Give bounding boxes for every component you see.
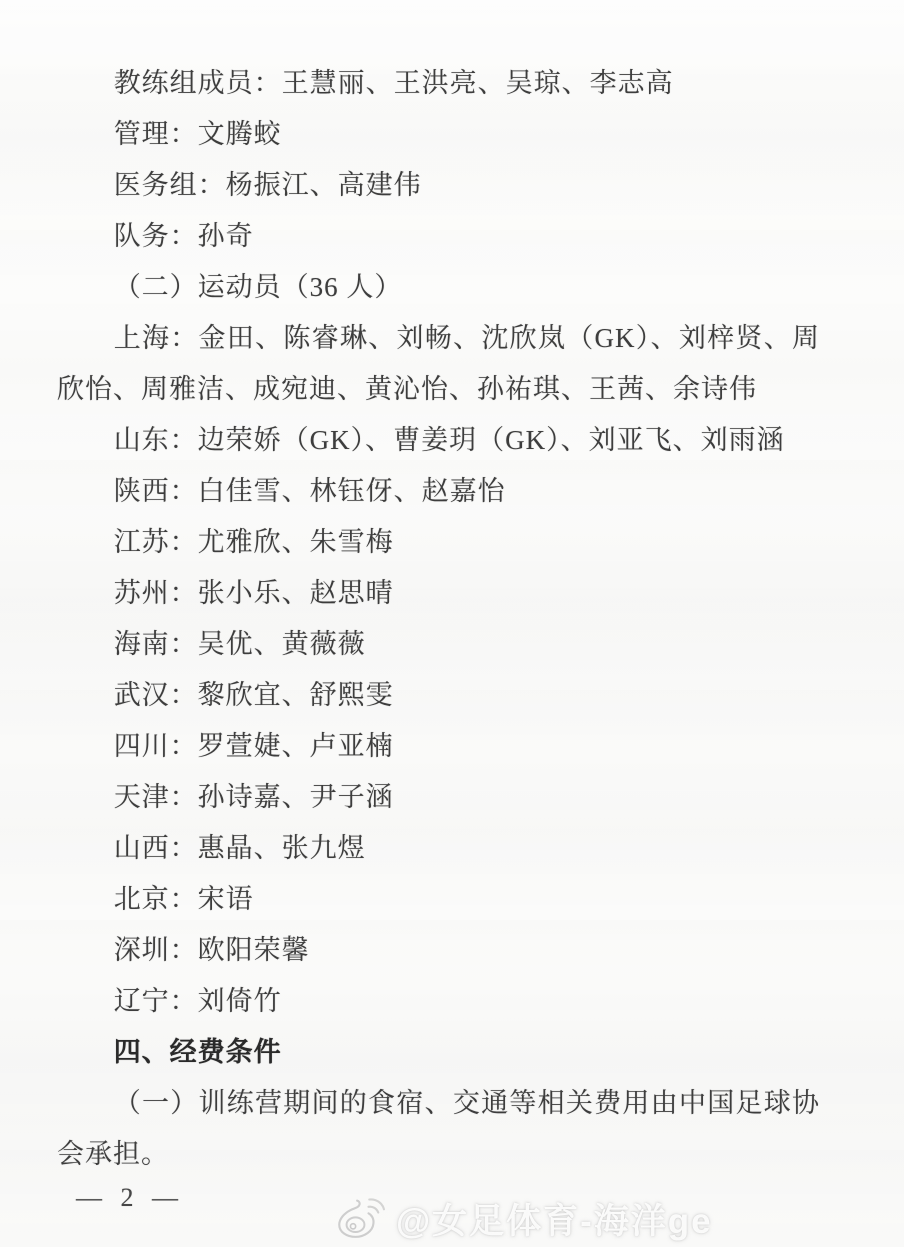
doc-paragraph: 四川：罗萱婕、卢亚楠 (57, 721, 820, 772)
doc-paragraph: 天津：孙诗嘉、尹子涵 (57, 772, 820, 823)
doc-paragraph: （一）训练营期间的食宿、交通等相关费用由中国足球协会承担。 (57, 1078, 820, 1180)
weibo-icon (336, 1195, 388, 1243)
doc-paragraph: 山东：边荣娇（GK）、曹姜玥（GK）、刘亚飞、刘雨涵 (57, 415, 820, 466)
doc-paragraph: 管理：文腾蛟 (57, 109, 820, 160)
doc-paragraph: 江苏：尤雅欣、朱雪梅 (57, 517, 820, 568)
page-number: — 2 — (76, 1183, 184, 1212)
doc-paragraph: 山西：惠晶、张九煜 (57, 823, 820, 874)
page-footer: — 2 — (76, 1183, 184, 1213)
doc-paragraph: 医务组：杨振江、高建伟 (57, 160, 820, 211)
doc-paragraph: 海南：吴优、黄薇薇 (57, 619, 820, 670)
doc-paragraph: 深圳：欧阳荣馨 (57, 925, 820, 976)
document-page: 教练组成员：王慧丽、王洪亮、吴琼、李志高管理：文腾蛟医务组：杨振江、高建伟队务：… (0, 0, 904, 1247)
section-heading: 四、经费条件 (57, 1027, 820, 1078)
doc-paragraph: 上海：金田、陈睿琳、刘畅、沈欣岚（GK）、刘梓贤、周欣怡、周雅洁、成宛迪、黄沁怡… (57, 313, 820, 415)
watermark-text: @女足体育-海洋ge (396, 1194, 713, 1244)
document-body: 教练组成员：王慧丽、王洪亮、吴琼、李志高管理：文腾蛟医务组：杨振江、高建伟队务：… (57, 58, 820, 1180)
doc-paragraph: 苏州：张小乐、赵思晴 (57, 568, 820, 619)
doc-paragraph: 辽宁：刘倚竹 (57, 976, 820, 1027)
doc-paragraph: 北京：宋语 (57, 874, 820, 925)
doc-paragraph: （二）运动员（36 人） (57, 262, 820, 313)
watermark: @女足体育-海洋ge (336, 1194, 713, 1244)
doc-paragraph: 队务：孙奇 (57, 211, 820, 262)
doc-paragraph: 教练组成员：王慧丽、王洪亮、吴琼、李志高 (57, 58, 820, 109)
doc-paragraph: 陕西：白佳雪、林钰伢、赵嘉怡 (57, 466, 820, 517)
doc-paragraph: 武汉：黎欣宜、舒熙雯 (57, 670, 820, 721)
